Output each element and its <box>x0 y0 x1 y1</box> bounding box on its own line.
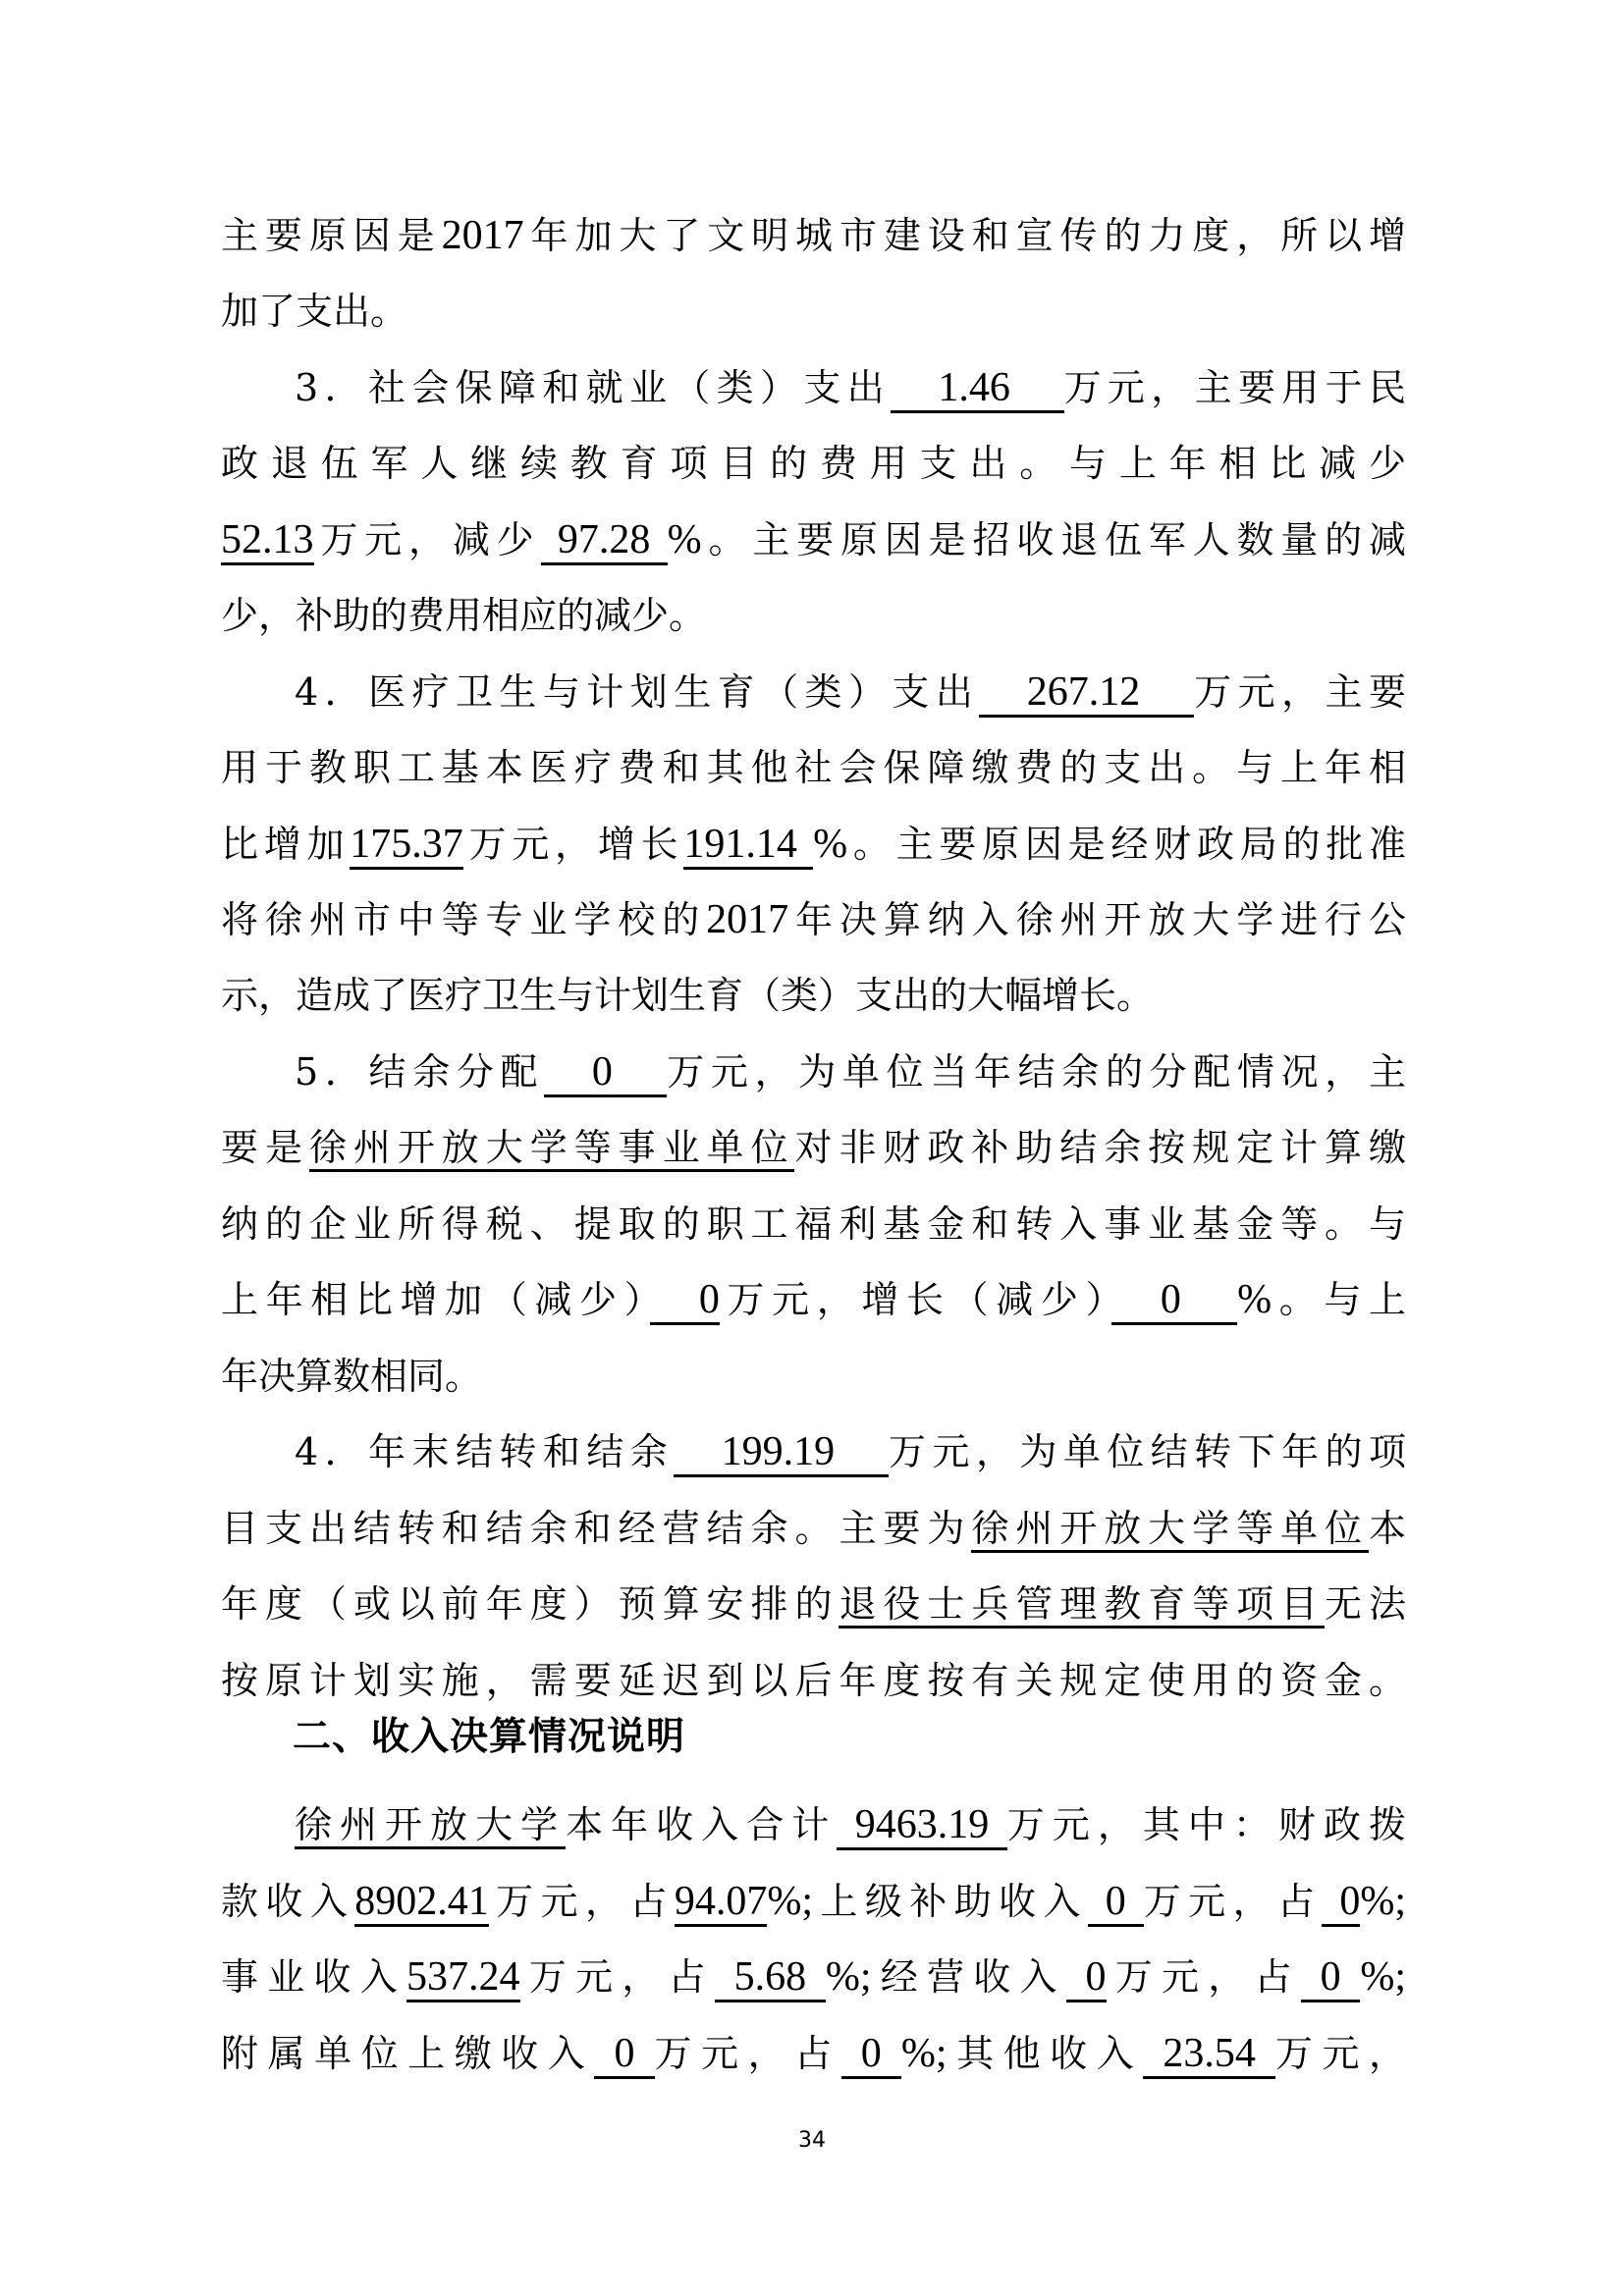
text-segment: % <box>1237 1277 1272 1322</box>
text-segment: %; <box>1360 1879 1406 1924</box>
text-segment: 其他收入 <box>947 2032 1144 2075</box>
text-segment: 上年相比增加（减少） <box>221 1278 650 1321</box>
paragraph-line: 4．年末结转和结余 199.19 万元，为单位结转下年的项 <box>295 1422 1406 1481</box>
paragraph-line: 纳的企业所得税、提取的职工福利基金和转入事业基金等。与 <box>221 1195 1406 1254</box>
underlined-value: 0 <box>841 2031 901 2079</box>
text-segment: 比增加 <box>221 823 350 866</box>
paragraph-line: 52.13万元，减少 97.28 %。主要原因是招收退伍军人数量的减 <box>221 510 1406 569</box>
text-segment: 按原计划实施，需要延迟到以后年度按有关规定使用的资金。 <box>221 1659 1406 1702</box>
paragraph-line: 年决算数相同。 <box>221 1347 1406 1406</box>
paragraph-line: 目支出结转和结余和经营结余。主要为徐州开放大学等单位本 <box>221 1499 1406 1558</box>
text-segment: 年加大了文明城市建设和宣传的力度，所以增 <box>524 214 1406 257</box>
text-segment: 。主要原因是招收退伍军人数量的减 <box>702 518 1406 561</box>
text-segment: 2017 <box>706 897 788 942</box>
underlined-value: 537.24 <box>406 1954 520 2002</box>
text-segment: % <box>813 822 847 867</box>
paragraph-line: 将徐州市中等专业学校的2017年决算纳入徐州开放大学进行公 <box>221 890 1406 949</box>
section-heading: 二、收入决算情况说明 <box>293 1708 685 1767</box>
text-segment: 万元，主要 <box>1194 670 1406 714</box>
underlined-value: 5.68 <box>715 1954 826 2002</box>
underlined-value: 退役士兵管理教育等项目 <box>839 1582 1325 1629</box>
paragraph-line: 5．结余分配 0 万元，为单位当年结余的分配情况，主 <box>295 1042 1406 1101</box>
underlined-value: 0 <box>1111 1277 1237 1325</box>
text-segment: 万元，为单位当年结余的分配情况，主 <box>667 1050 1406 1094</box>
text-segment: 万元，其中：财政拨 <box>1007 1803 1406 1846</box>
page-number: 34 <box>0 2128 1624 2153</box>
underlined-value: 0 <box>650 1277 720 1325</box>
text-segment: 万元，减少 <box>314 518 541 561</box>
underlined-value: 94.07 <box>675 1879 768 1927</box>
text-segment: 。与上 <box>1272 1278 1406 1321</box>
underlined-value: 0 <box>1066 1954 1107 2002</box>
text-segment: 事业收入 <box>221 1955 406 1999</box>
underlined-value: 52.13 <box>221 517 314 565</box>
underlined-value: 175.37 <box>350 822 463 870</box>
text-segment: 年决算纳入徐州开放大学进行公 <box>788 898 1406 941</box>
underlined-value: 1.46 <box>891 365 1064 413</box>
paragraph-line: 要是徐州开放大学等事业单位对非财政补助结余按规定计算缴 <box>221 1118 1406 1177</box>
text-segment: 万元，增长（减少） <box>720 1278 1111 1321</box>
text-segment: %; <box>1360 1954 1406 2000</box>
text-segment: 万元，占 <box>489 1880 675 1923</box>
text-segment: 无法 <box>1325 1582 1406 1626</box>
paragraph-line: 政退伍军人继续教育项目的费用支出。与上年相比减少 <box>221 434 1406 493</box>
text-segment: 。主要原因是经财政局的批准 <box>847 823 1406 866</box>
underlined-value: 8902.41 <box>354 1879 489 1927</box>
text-segment: %; <box>826 1954 872 2000</box>
text-segment: 3．社会保障和就业（类）支出 <box>295 366 891 409</box>
text-segment: 要是 <box>221 1126 309 1169</box>
text-segment: 示，造成了医疗卫生与计划生育（类）支出的大幅增长。 <box>221 974 1154 1017</box>
text-segment: 4．年末结转和结余 <box>295 1430 674 1473</box>
underlined-value: 0 <box>544 1049 667 1097</box>
text-segment: 加了支出。 <box>221 290 407 333</box>
text-segment: %; <box>767 1879 813 1924</box>
text-segment: 政退伍军人继续教育项目的费用支出。与上年相比减少 <box>221 442 1406 485</box>
paragraph-line: 少，补助的费用相应的减少。 <box>221 586 1406 645</box>
underlined-value: 0 <box>1088 1879 1144 1927</box>
text-segment: 上级补助收入 <box>813 1880 1088 1923</box>
underlined-value: 199.19 <box>674 1429 889 1477</box>
underlined-value: 97.28 <box>541 517 668 565</box>
text-segment: 年决算数相同。 <box>221 1355 482 1398</box>
paragraph-line: 加了支出。 <box>221 282 1406 341</box>
text-segment: 纳的企业所得税、提取的职工福利基金和转入事业基金等。与 <box>221 1202 1406 1246</box>
text-segment: 目支出结转和结余和经营结余。主要为 <box>221 1507 971 1550</box>
underlined-value: 徐州开放大学 <box>295 1803 566 1849</box>
text-segment: 用于教职工基本医疗费和其他社会保障缴费的支出。与上年相 <box>221 746 1406 789</box>
underlined-value: 0 <box>594 2031 654 2079</box>
text-segment: 附属单位上缴收入 <box>221 2032 594 2075</box>
text-segment: %; <box>901 2031 947 2076</box>
text-segment: 本年收入合计 <box>566 1803 837 1846</box>
paragraph-line: 款收入8902.41万元，占94.07%;上级补助收入 0 万元，占 0%; <box>221 1872 1406 1931</box>
underlined-value: 191.14 <box>683 822 813 870</box>
paragraph-line: 主要原因是2017年加大了文明城市建设和宣传的力度，所以增 <box>221 206 1406 265</box>
text-segment: % <box>668 517 702 562</box>
text-segment: 年度（或以前年度）预算安排的 <box>221 1582 839 1626</box>
document-page: 主要原因是2017年加大了文明城市建设和宣传的力度，所以增加了支出。3．社会保障… <box>0 0 1624 2296</box>
text-segment: 主要原因是 <box>221 214 442 257</box>
text-segment: 少，补助的费用相应的减少。 <box>221 594 706 637</box>
text-segment: 万元，占 <box>1144 1880 1323 1923</box>
paragraph-line: 事业收入537.24万元，占 5.68 %;经营收入 0万元，占 0 %; <box>221 1948 1406 2006</box>
text-segment: 对非财政补助结余按规定计算缴 <box>794 1126 1405 1169</box>
paragraph-line: 徐州开放大学本年收入合计 9463.19 万元，其中：财政拨 <box>295 1795 1406 1854</box>
text-segment: 将徐州市中等专业学校的 <box>221 898 706 941</box>
paragraph-line: 4．医疗卫生与计划生育（类）支出 267.12 万元，主要 <box>295 663 1406 721</box>
paragraph-line: 示，造成了医疗卫生与计划生育（类）支出的大幅增长。 <box>221 966 1406 1025</box>
text-segment: 万元，为单位结转下年的项 <box>889 1430 1406 1473</box>
underlined-value: 9463.19 <box>837 1802 1007 1850</box>
underlined-value: 267.12 <box>979 669 1194 718</box>
underlined-value: 0 <box>1301 1954 1361 2002</box>
text-segment: 万元，占 <box>520 1955 715 1999</box>
text-segment: 万元，主要用于民 <box>1064 366 1406 409</box>
text-segment: 4．医疗卫生与计划生育（类）支出 <box>295 670 979 714</box>
paragraph-line: 3．社会保障和就业（类）支出 1.46 万元，主要用于民 <box>295 358 1406 417</box>
text-segment: 5．结余分配 <box>295 1050 544 1094</box>
paragraph-line: 按原计划实施，需要延迟到以后年度按有关规定使用的资金。 <box>221 1651 1406 1710</box>
text-segment: 万元，增长 <box>463 823 684 866</box>
text-segment: 款收入 <box>221 1880 354 1923</box>
text-segment: 万元， <box>1275 2032 1406 2075</box>
text-segment: 万元，占 <box>655 2032 841 2075</box>
paragraph-line: 用于教职工基本医疗费和其他社会保障缴费的支出。与上年相 <box>221 738 1406 797</box>
paragraph-line: 上年相比增加（减少） 0万元，增长（减少） 0 %。与上 <box>221 1270 1406 1329</box>
paragraph-line: 比增加175.37万元，增长191.14 %。主要原因是经财政局的批准 <box>221 815 1406 874</box>
underlined-value: 23.54 <box>1143 2031 1275 2079</box>
paragraph-line: 年度（或以前年度）预算安排的退役士兵管理教育等项目无法 <box>221 1575 1406 1633</box>
underlined-value: 徐州开放大学等单位 <box>971 1507 1369 1553</box>
text-segment: 2017 <box>442 213 524 258</box>
text-segment: 经营收入 <box>871 1955 1065 1999</box>
underlined-value: 徐州开放大学等事业单位 <box>309 1126 795 1172</box>
text-segment: 万元，占 <box>1107 1955 1301 1999</box>
paragraph-line: 附属单位上缴收入 0 万元，占 0 %;其他收入 23.54 万元， <box>221 2024 1406 2083</box>
text-segment: 本 <box>1369 1507 1406 1550</box>
underlined-value: 0 <box>1322 1879 1360 1927</box>
